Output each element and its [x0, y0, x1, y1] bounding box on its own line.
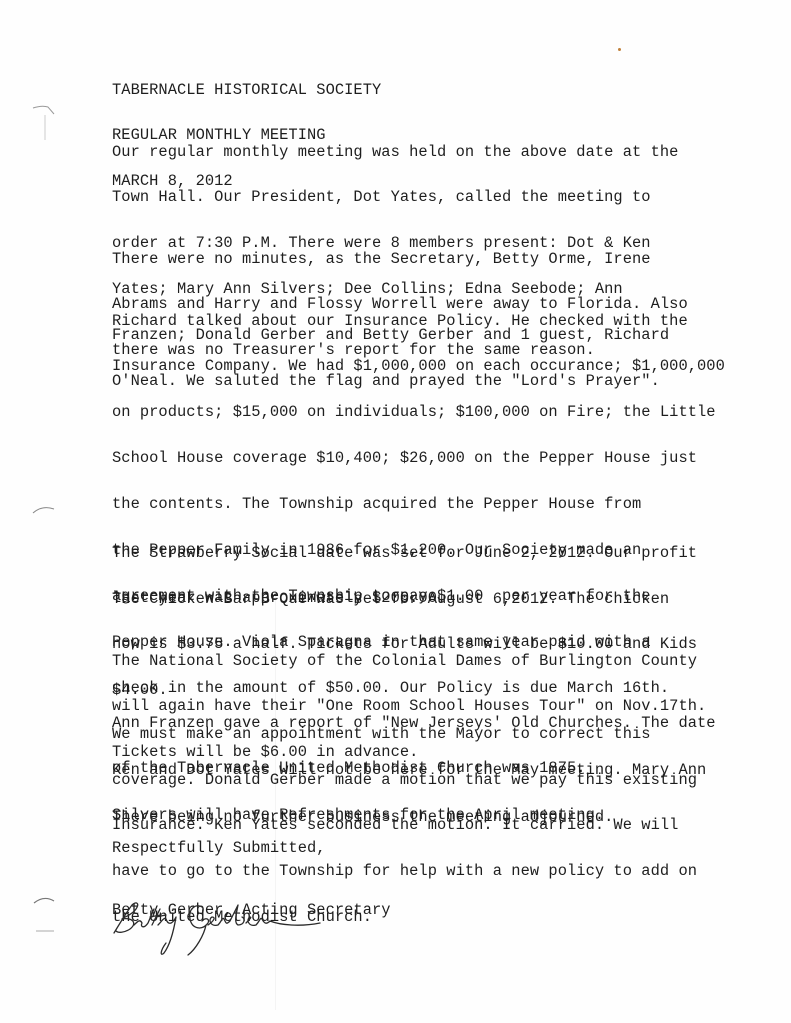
signature: Betty Gerber [110, 895, 340, 965]
margin-mark-middle [30, 503, 60, 518]
org-name: TABERNACLE HISTORICAL SOCIETY [112, 83, 381, 98]
margin-mark-top [30, 105, 60, 145]
margin-mark-bottom [30, 893, 60, 938]
scanned-page: TABERNACLE HISTORICAL SOCIETY REGULAR MO… [0, 0, 791, 1023]
stray-mark [618, 48, 621, 51]
